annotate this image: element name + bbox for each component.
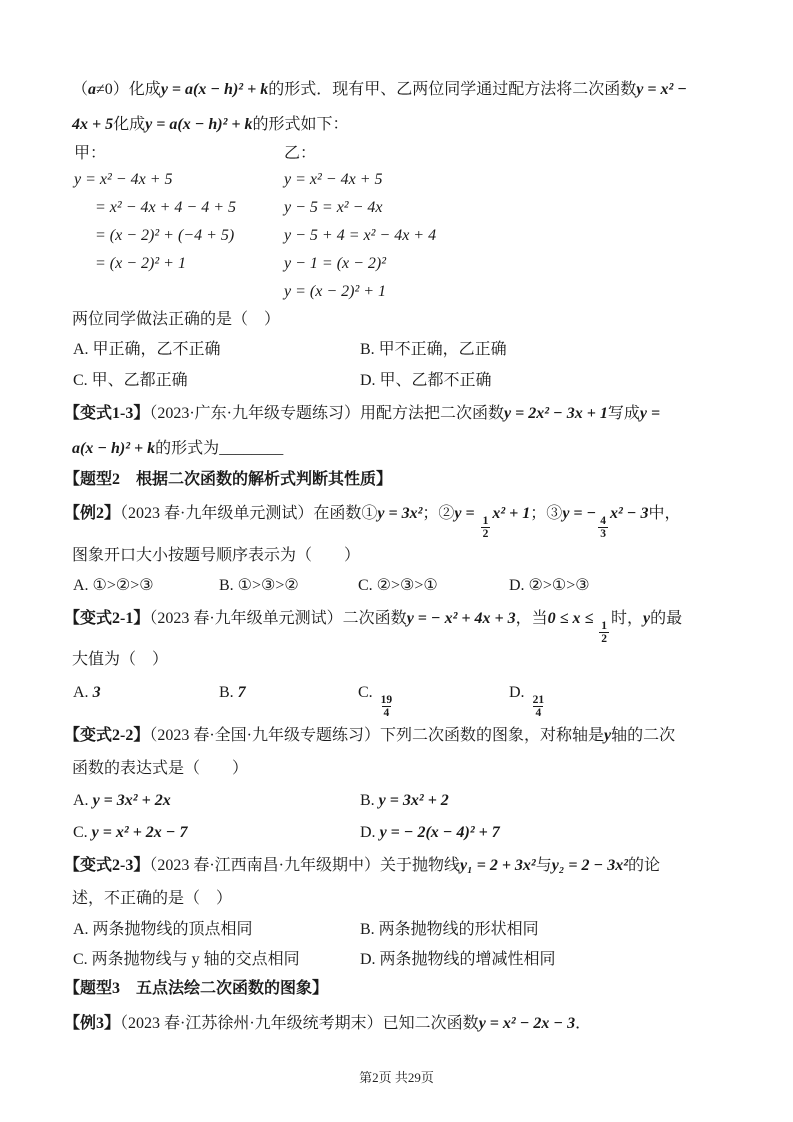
yi-step-5: y = (x − 2)² + 1 <box>284 278 757 306</box>
problem1-intro-line1: （a≠0）化成y = a(x − h)² + k的形式．现有甲、乙两位同学通过配… <box>64 72 757 107</box>
method-jia-column: 甲： y = x² − 4x + 5 = x² − 4x + 4 − 4 + 5… <box>74 142 284 306</box>
example-2: 【例2】（2023 春·九年级单元测试）在函数①y = 3x²；②y = 12x… <box>64 494 757 572</box>
variant-2-1-options: A. 3 B. 7 C. 194 D. 214 <box>64 675 757 719</box>
variant-2-2-options-row1: A. y = 3x² + 2x B. y = 3x² + 2 <box>64 785 757 817</box>
jia-step-4: = (x − 2)² + 1 <box>74 250 284 278</box>
option-c: C. y = x² + 2x − 7 <box>73 817 360 849</box>
worksheet-page: （a≠0）化成y = a(x − h)² + k的形式．现有甲、乙两位同学通过配… <box>0 0 793 1122</box>
jia-step-3: = (x − 2)² + (−4 + 5) <box>74 222 284 250</box>
option-c: C. 甲、乙都正确 <box>73 365 360 396</box>
variant-2-3: 【变式2-3】（2023 春·江西南昌·九年级期中）关于抛物线y₁ = 2 + … <box>64 849 757 915</box>
option-d: D. ②>①>③ <box>509 572 757 600</box>
variant-1-3: 【变式1-3】（2023·广东·九年级专题练习）用配方法把二次函数y = 2x²… <box>64 396 757 466</box>
solution-columns: 甲： y = x² − 4x + 5 = x² − 4x + 4 − 4 + 5… <box>64 142 757 306</box>
jia-step-2: = x² − 4x + 4 − 4 + 5 <box>74 194 284 222</box>
variant-1-3-line1: 【变式1-3】（2023·广东·九年级专题练习）用配方法把二次函数y = 2x²… <box>64 396 757 431</box>
option-d: D. 两条抛物线的增减性相同 <box>360 945 757 975</box>
method-jia-label: 甲： <box>74 142 284 166</box>
option-d: D. 甲、乙都不正确 <box>360 365 757 396</box>
option-b: B. y = 3x² + 2 <box>360 785 757 817</box>
problem1-intro-line2: 4x + 5化成y = a(x − h)² + k的形式如下： <box>64 107 757 142</box>
page-number-footer: 第2页 共29页 <box>0 1068 793 1088</box>
variant-2-2-line1: 【变式2-2】（2023 春·全国·九年级专题练习）下列二次函数的图象，对称轴是… <box>64 719 757 752</box>
method-yi-column: 乙： y = x² − 4x + 5 y − 5 = x² − 4x y − 5… <box>284 142 757 306</box>
option-c: C. 194 <box>358 675 509 719</box>
page-content: （a≠0）化成y = a(x − h)² + k的形式．现有甲、乙两位同学通过配… <box>0 0 793 1122</box>
problem1-options-row1: A. 甲正确，乙不正确 B. 甲不正确，乙正确 <box>64 334 757 365</box>
example-3-line1: 【例3】（2023 春·江苏徐州·九年级统考期末）已知二次函数y = x² − … <box>64 1009 757 1039</box>
variant-2-3-line2: 述，不正确的是（ ） <box>64 882 757 915</box>
yi-step-3: y − 5 + 4 = x² − 4x + 4 <box>284 222 757 250</box>
variant-2-3-options-row1: A. 两条抛物线的顶点相同 B. 两条抛物线的形状相同 <box>64 915 757 945</box>
variant-2-3-options-row2: C. 两条抛物线与 y 轴的交点相同 D. 两条抛物线的增减性相同 <box>64 945 757 975</box>
yi-step-2: y − 5 = x² − 4x <box>284 194 757 222</box>
topic-2-heading: 【题型2 根据二次函数的解析式判断其性质】 <box>64 466 757 494</box>
option-d: D. 214 <box>509 675 757 719</box>
variant-2-1: 【变式2-1】（2023 春·九年级单元测试）二次函数y = − x² + 4x… <box>64 600 757 675</box>
problem1-options-row2: C. 甲、乙都正确 D. 甲、乙都不正确 <box>64 365 757 396</box>
method-yi-label: 乙： <box>284 142 757 166</box>
variant-1-3-line2: a(x − h)² + k的形式为________ <box>64 431 757 466</box>
jia-step-1: y = x² − 4x + 5 <box>74 166 284 194</box>
option-c: C. 两条抛物线与 y 轴的交点相同 <box>73 945 360 975</box>
option-c: C. ②>③>① <box>358 572 509 600</box>
example-2-line1: 【例2】（2023 春·九年级单元测试）在函数①y = 3x²；②y = 12x… <box>64 494 757 540</box>
option-d: D. y = − 2(x − 4)² + 7 <box>360 817 757 849</box>
example-2-options: A. ①>②>③ B. ①>③>② C. ②>③>① D. ②>①>③ <box>64 572 757 600</box>
option-a: A. 甲正确，乙不正确 <box>73 334 360 365</box>
option-a: A. 两条抛物线的顶点相同 <box>73 915 360 945</box>
option-a: A. 3 <box>73 675 219 719</box>
option-b: B. ①>③>② <box>219 572 358 600</box>
option-a: A. y = 3x² + 2x <box>73 785 360 817</box>
variant-2-2-line2: 函数的表达式是（ ） <box>64 752 757 785</box>
yi-step-4: y − 1 = (x − 2)² <box>284 250 757 278</box>
option-b: B. 7 <box>219 675 358 719</box>
variant-2-3-line1: 【变式2-3】（2023 春·江西南昌·九年级期中）关于抛物线y₁ = 2 + … <box>64 849 757 882</box>
problem1-intro: （a≠0）化成y = a(x − h)² + k的形式．现有甲、乙两位同学通过配… <box>64 72 757 142</box>
variant-2-1-line1: 【变式2-1】（2023 春·九年级单元测试）二次函数y = − x² + 4x… <box>64 600 757 645</box>
variant-2-2-options-row2: C. y = x² + 2x − 7 D. y = − 2(x − 4)² + … <box>64 817 757 849</box>
variant-2-1-line2: 大值为（ ） <box>64 645 757 675</box>
topic-3-heading: 【题型3 五点法绘二次函数的图象】 <box>64 975 757 1003</box>
problem1-question: 两位同学做法正确的是（ ） <box>64 306 757 334</box>
yi-step-1: y = x² − 4x + 5 <box>284 166 757 194</box>
option-a: A. ①>②>③ <box>73 572 219 600</box>
variant-2-2: 【变式2-2】（2023 春·全国·九年级专题练习）下列二次函数的图象，对称轴是… <box>64 719 757 785</box>
example-2-line2: 图象开口大小按题号顺序表示为（ ） <box>64 540 757 572</box>
option-b: B. 两条抛物线的形状相同 <box>360 915 757 945</box>
option-b: B. 甲不正确，乙正确 <box>360 334 757 365</box>
